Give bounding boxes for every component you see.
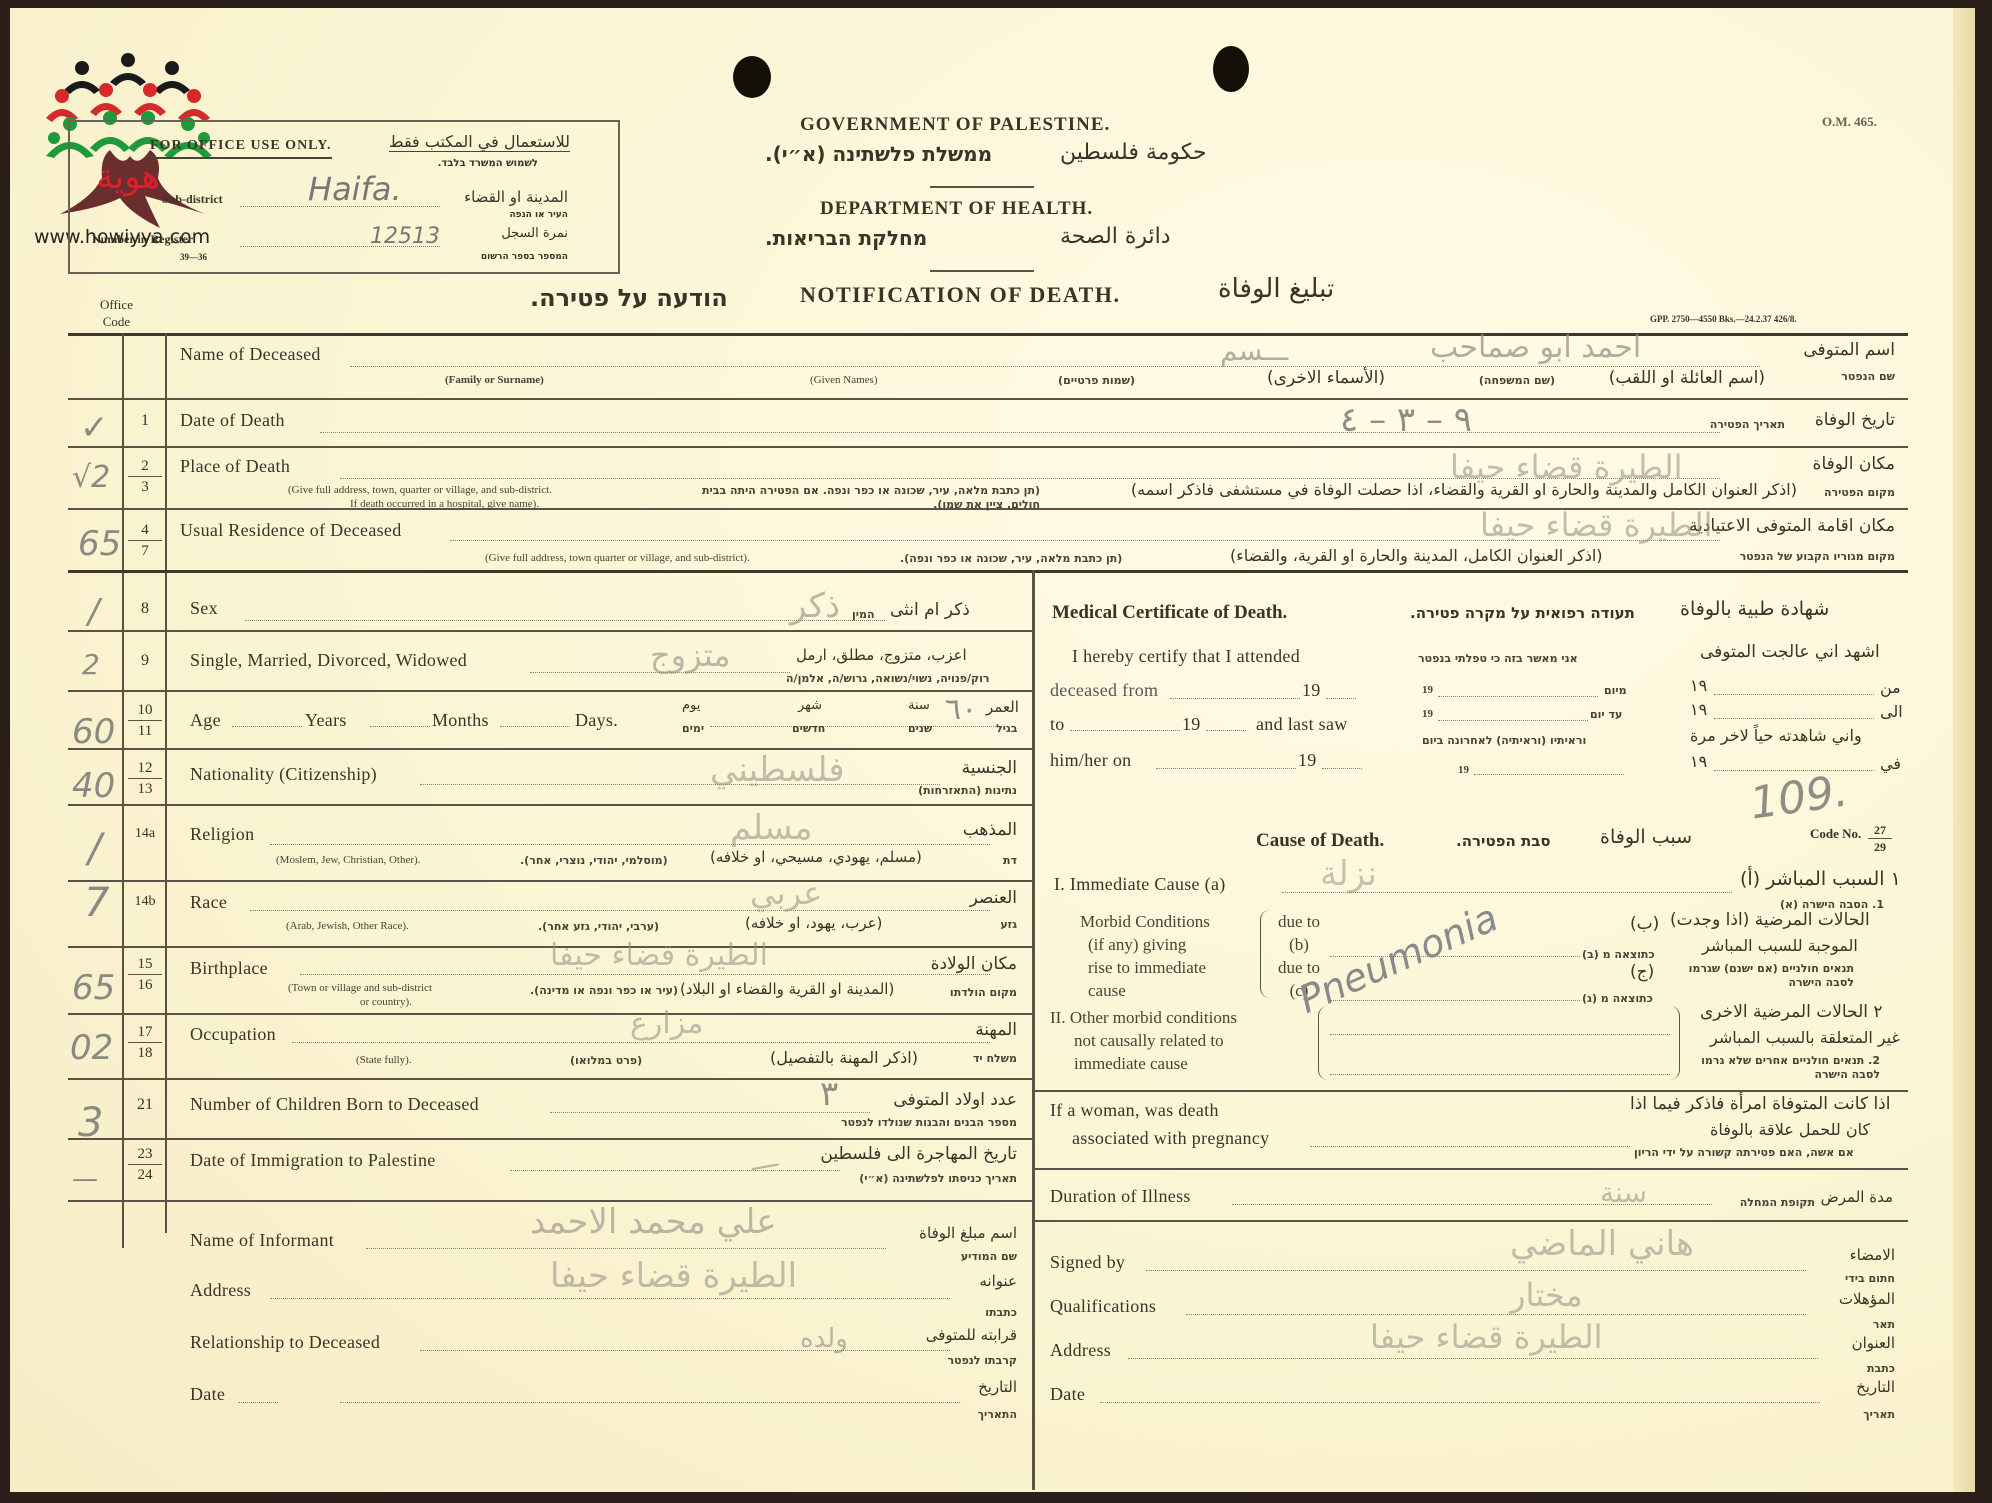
other-conditions-label: II. Other morbid conditions not causally… [1050, 1006, 1237, 1075]
marital-status-value: متزوج [650, 636, 731, 674]
morbid-conditions-label: Morbid Conditions (if any) giving rise t… [1080, 910, 1210, 1002]
subdistrict-he: העיר או הנפה [509, 210, 568, 220]
usual-residence-value: الطيرة قضاء حيفا [1480, 506, 1713, 544]
gov-title-he: ממשלת פלשתינה (א״י). [765, 142, 992, 166]
printer-line: GPP. 2750—4550 Bks.—24.2.37 426/8. [1650, 314, 1797, 324]
place-of-death-value: الطيرة قضاء حيفا [1450, 448, 1683, 486]
notification-title-he: הודעה על פטירה. [530, 284, 728, 312]
date-of-death-value: ٩ – ٣ – ٤ [1340, 400, 1472, 440]
notification-title: NOTIFICATION OF DEATH. [800, 282, 1120, 308]
form-number: O.M. 465. [1822, 114, 1877, 130]
punch-hole-right [1213, 46, 1249, 92]
signature-address-value: الطيرة قضاء حيفا [1370, 1318, 1603, 1356]
gov-title: GOVERNMENT OF PALESTINE. [800, 114, 1110, 136]
immigration-value: — [747, 1146, 783, 1186]
sex-value: ذكر [790, 586, 840, 626]
dept-title-he: מחלקת הבריאות. [765, 226, 927, 250]
register-ar: نمرة السجل [501, 226, 568, 241]
qualifications-value: مختار [1510, 1276, 1583, 1314]
children-value: ٣ [820, 1074, 838, 1114]
name-value: ـــسم [1220, 334, 1288, 367]
dept-title: DEPARTMENT OF HEALTH. [820, 198, 1093, 220]
code-value: 109. [1747, 765, 1851, 829]
other-conditions-value: Pneumonia [1292, 895, 1504, 1022]
office-use-title-he: לשמוש המשרד בלבד. [438, 158, 538, 169]
duration-value: سنة [1600, 1176, 1647, 1209]
office-use-title: FOR OFFICE USE ONLY. [150, 138, 332, 159]
notification-title-ar: تبليغ الوفاة [1218, 274, 1334, 304]
cause-title: Cause of Death. [1256, 830, 1384, 852]
subdistrict-value: Haifa. [308, 170, 402, 208]
register-value: 12513 [370, 224, 440, 249]
name-label: Name of Deceased [180, 344, 321, 365]
death-notification-form: هوية www.howiyya.com FOR OFFICE USE ONLY… [10, 8, 1975, 1500]
informant-relation-value: ولده [800, 1324, 848, 1354]
religion-value: مسلم [730, 808, 812, 848]
gov-title-ar: حكومة فلسطين [1060, 140, 1207, 165]
immediate-cause-label: I. Immediate Cause (a) [1054, 874, 1226, 895]
occupation-value: مزارع [630, 1006, 703, 1041]
paper-edge [1953, 8, 1975, 1500]
subdistrict-ar: المدينة او القضاء [464, 188, 568, 206]
signed-by-value: هاني الماضي [1510, 1224, 1694, 1264]
immediate-cause-value: نزلة [1320, 854, 1377, 894]
informant-name-value: علي محمد الاحمد [530, 1202, 777, 1242]
register-sub: 39—36 [180, 252, 207, 262]
birthplace-value: الطيرة قضاء حيفا [550, 938, 768, 973]
code-label: Code No. [1810, 826, 1861, 842]
register-label: Number in Register [92, 232, 193, 247]
race-value: عربي [750, 874, 822, 912]
office-code-label: Office Code [100, 296, 133, 330]
office-use-title-ar: للاستعمال في المكتب فقط [389, 132, 570, 152]
punch-hole-left [733, 56, 771, 98]
subdistrict-label: Sub-district [162, 192, 223, 207]
informant-address-value: الطيرة قضاء حيفا [550, 1256, 797, 1296]
register-he: המספר בספר הרשום [481, 252, 568, 262]
nationality-value: فلسطيني [710, 750, 845, 790]
medical-title: Medical Certificate of Death. [1052, 602, 1287, 624]
dept-title-ar: دائرة الصحة [1060, 224, 1171, 249]
office-use-box: FOR OFFICE USE ONLY. للاستعمال في المكتب… [68, 120, 620, 274]
age-value: ٦٠ [945, 692, 977, 727]
